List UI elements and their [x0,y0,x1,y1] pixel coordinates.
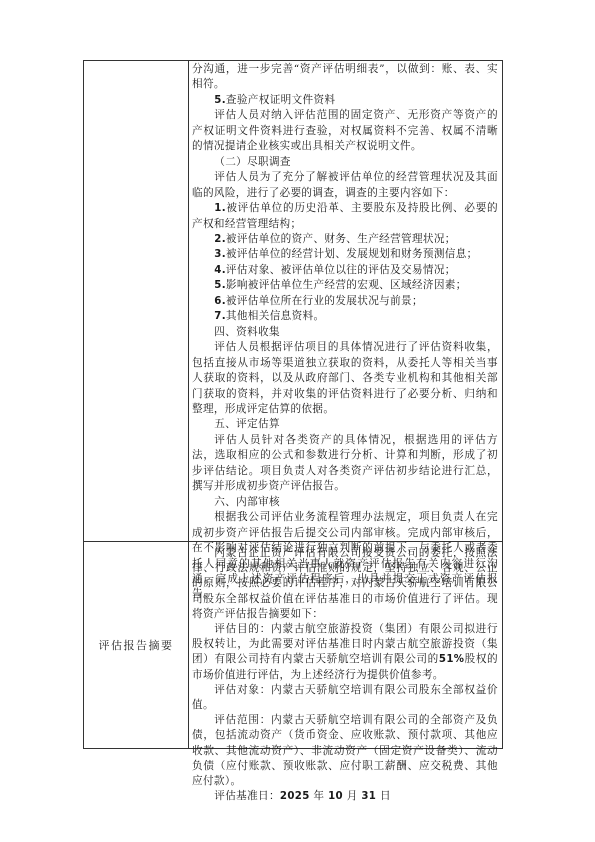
list-item-7: 7.其他相关信息资料。 [192,309,498,324]
paragraph-due-diligence: 评估人员为了充分了解被评估单位的经营管理状况及其面临的风险，进行了必要的调查，调… [192,170,498,201]
list-item-4: 4.评估对象、被评估单位以往的评估及交易情况； [192,263,498,278]
heading-data-collection: 四、资料收集 [192,325,498,340]
summary-scope: 评估范围：内蒙古天骄航空培训有限公司的全部资产及负债，包括流动资产（货币资金、应… [192,713,498,789]
summary-intro: 内蒙古企正资产评估有限公司接受贵公司的委托，按照法律、行政法规和资产评估准则的规… [192,546,498,622]
column-divider [188,61,189,748]
item-verify-title-docs: 5.查验产权证明文件资料 [192,93,498,108]
report-summary-cell: 内蒙古企正资产评估有限公司接受贵公司的委托，按照法律、行政法规和资产评估准则的规… [192,546,498,804]
list-item-1: 1.被评估单位的历史沿革、主要股东及持股比例、必要的产权和经营管理结构； [192,201,498,232]
row-label-report-summary: 评估报告摘要 [84,541,188,749]
procedures-cell: 分沟通，进一步完善“资产评估明细表”，以做到：账、表、实相符。 5.查验产权证明… [192,62,498,603]
paragraph-data-collection: 评估人员根据评估项目的具体情况进行了评估资料收集，包括直接从市场等渠道独立获取的… [192,340,498,417]
summary-base-date: 评估基准日：2025 年 10 月 31 日 [192,789,498,804]
summary-object: 评估对象：内蒙古天骄航空培训有限公司股东全部权益价值。 [192,683,498,713]
equity-percentage: 51% [439,654,464,665]
paragraph-continuation: 分沟通，进一步完善“资产评估明细表”，以做到：账、表、实相符。 [192,62,498,93]
list-item-5: 5.影响被评估单位生产经营的宏观、区域经济因素； [192,278,498,293]
list-item-2: 2.被评估单位的资产、财务、生产经营管理状况； [192,232,498,247]
document-page: 分沟通，进一步完善“资产评估明细表”，以做到：账、表、实相符。 5.查验产权证明… [0,0,595,842]
procedure-table: 分沟通，进一步完善“资产评估明细表”，以做到：账、表、实相符。 5.查验产权证明… [83,60,503,749]
heading-due-diligence: （二）尽职调查 [192,155,498,170]
heading-estimation: 五、评定估算 [192,417,498,432]
summary-purpose: 评估目的：内蒙古航空旅游投资（集团）有限公司拟进行股权转让，为此需要对评估基准日… [192,622,498,683]
list-item-3: 3.被评估单位的经营计划、发展规划和财务预测信息； [192,247,498,262]
report-summary-label: 评估报告摘要 [99,637,174,653]
list-item-6: 6.被评估单位所在行业的发展状况与前景； [192,294,498,309]
heading-internal-review: 六、内部审核 [192,495,498,510]
paragraph-estimation: 评估人员针对各类资产的具体情况，根据选用的评估方法，选取相应的公式和参数进行分析… [192,433,498,495]
paragraph-verify-title-docs: 评估人员对纳入评估范围的固定资产、无形资产等资产的产权证明文件资料进行查验，对权… [192,108,498,154]
